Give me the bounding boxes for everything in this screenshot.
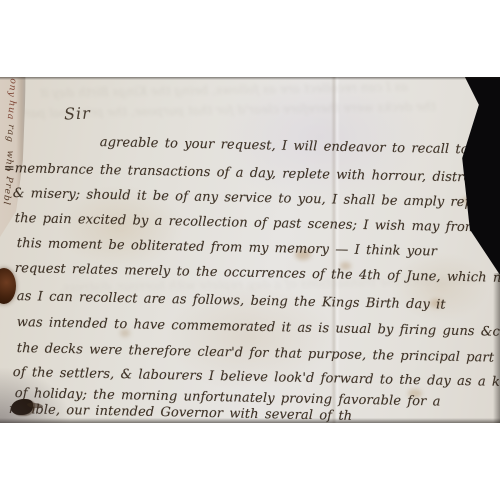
edge-writing-fragment: rag: [4, 124, 16, 144]
salutation: Sir: [64, 104, 91, 124]
edge-writing-fragment: hua: [5, 100, 17, 121]
photo-bottom-edge: [0, 418, 500, 423]
letter-photograph: as I can recollect are as follows, being…: [0, 77, 500, 423]
photo-top-edge: [0, 77, 500, 80]
photo-corner-shadow: [0, 368, 70, 423]
photo-right-edge-shadow: [493, 273, 500, 423]
edge-writing-fragment: ony: [6, 78, 18, 98]
